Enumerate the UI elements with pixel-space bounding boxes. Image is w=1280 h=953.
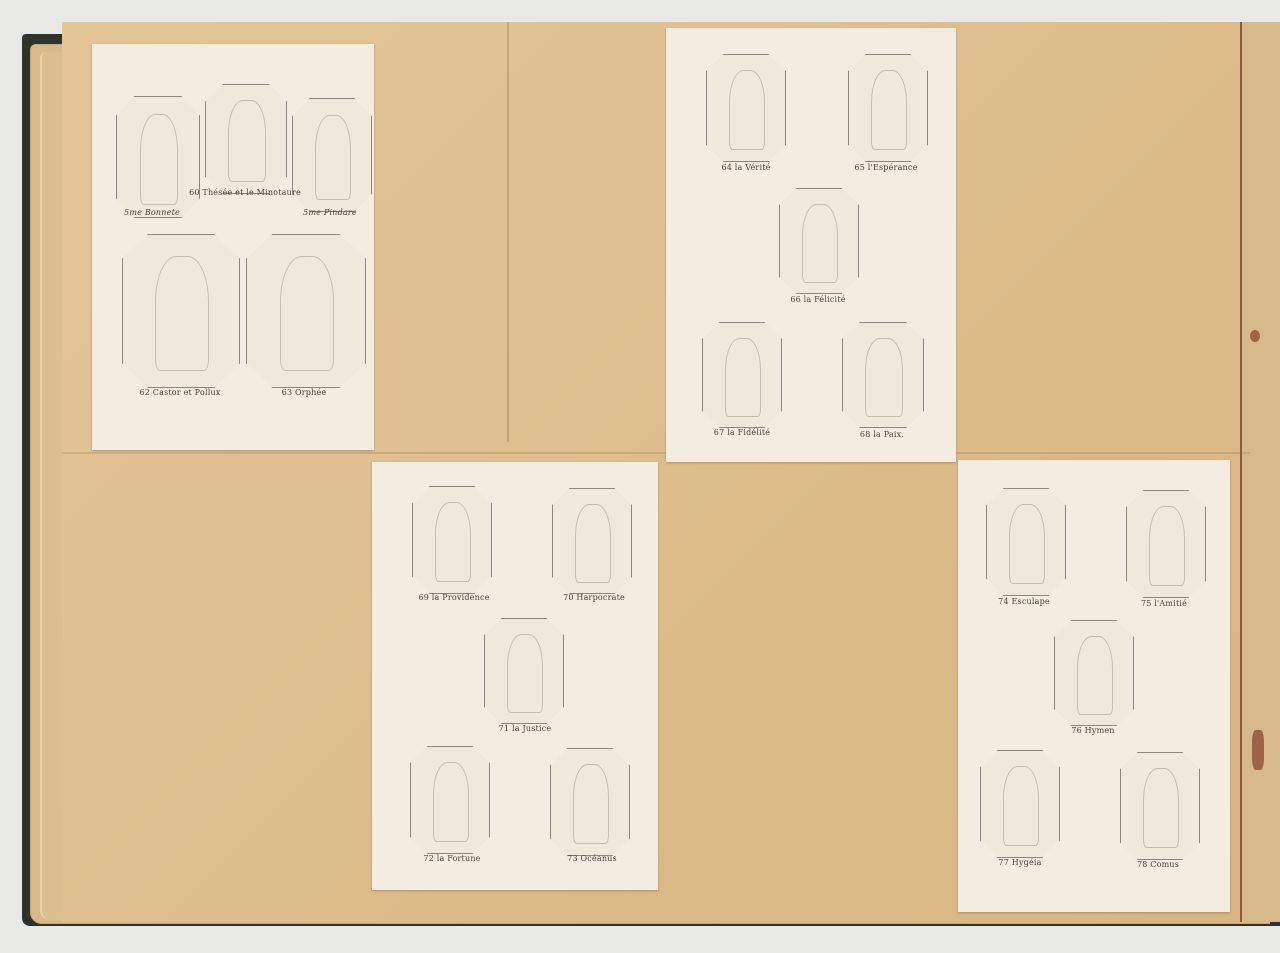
plate-caption: 71 la Justice (499, 724, 552, 733)
engraving-plate (246, 234, 366, 388)
plate-caption: 65 l'Espérance (854, 163, 917, 172)
page-fold-horizontal (62, 452, 1250, 454)
engraving-plate (706, 54, 786, 162)
stain (1250, 330, 1260, 342)
engraving-plate (412, 486, 492, 594)
plate-caption: 5me Pindare (303, 208, 357, 217)
engraving-plate (1120, 752, 1200, 860)
plate-caption: 73 Océanus (567, 854, 617, 863)
engraving-plate (986, 488, 1066, 596)
plate-caption: 67 la Fidélité (714, 428, 770, 437)
plate-caption: 77 Hygéia (998, 858, 1041, 867)
plate-caption: 64 la Vérité (721, 163, 770, 172)
plate-caption: 66 la Félicité (790, 295, 845, 304)
engraving-plate (122, 234, 240, 388)
engraving-plate (552, 488, 632, 594)
engraving-plate (205, 84, 287, 194)
engraving-plate (292, 98, 372, 212)
plate-caption: 63 Orphée (282, 388, 327, 397)
engraving-plate (1126, 490, 1206, 598)
engraving-plate (980, 750, 1060, 858)
engraving-plate (484, 618, 564, 724)
engraving-plate (550, 748, 630, 856)
engraving-plate (702, 322, 782, 428)
engraving-plate (842, 322, 924, 428)
plate-caption: 68 la Paix. (860, 430, 904, 439)
engraving-plate (1054, 620, 1134, 726)
plate-caption: 76 Hymen (1071, 726, 1114, 735)
engraving-plate (779, 188, 859, 294)
plate-caption: 5me Bonnete (124, 208, 180, 217)
plate-caption: 60 Thésée et le Minotaure (189, 188, 301, 197)
stain (1252, 730, 1264, 770)
engraving-sheet-top-right: 64 la Vérité 65 l'Espérance 66 la Félici… (666, 28, 956, 462)
plate-caption: 70 Harpocrate (563, 593, 625, 602)
engraving-sheet-bottom-right: 74 Esculape 75 l'Amitié 76 Hymen 77 Hygé… (958, 460, 1230, 912)
engraving-plate (116, 96, 200, 218)
engraving-sheet-top-left: 60 Thésée et le Minotaure 5me Bonnete 5m… (92, 44, 374, 450)
engraving-plate (848, 54, 928, 162)
plate-caption: 72 la Fortune (423, 854, 480, 863)
plate-caption: 75 l'Amitié (1141, 599, 1187, 608)
plate-caption: 78 Comus (1137, 860, 1179, 869)
plate-caption: 69 la Providence (418, 593, 489, 602)
plate-caption: 74 Esculape (998, 597, 1050, 606)
engraving-plate (410, 746, 490, 854)
page-fold-vertical (507, 22, 509, 442)
right-page-edge (1240, 22, 1280, 922)
plate-caption: 62 Castor et Pollux (139, 388, 220, 397)
engraving-sheet-bottom-center: 69 la Providence 70 Harpocrate 71 la Jus… (372, 462, 658, 890)
